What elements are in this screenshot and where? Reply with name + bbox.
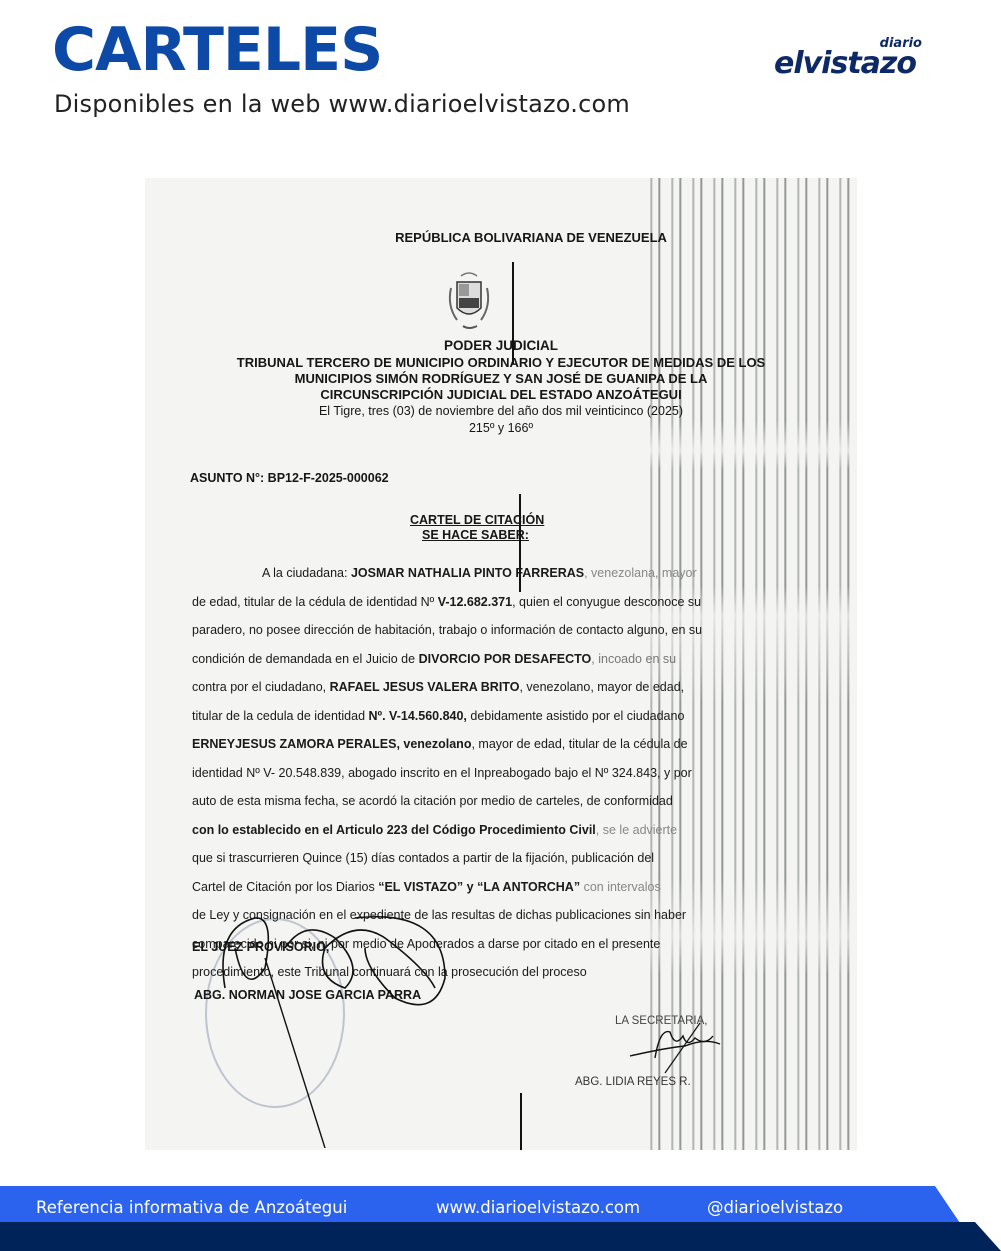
- case-number: ASUNTO N°: BP12-F-2025-000062: [190, 471, 389, 485]
- country-heading: REPÚBLICA BOLIVARIANA DE VENEZUELA: [145, 230, 857, 245]
- footer-website-link[interactable]: www.diarioelvistazo.com: [436, 1198, 640, 1217]
- body-line: que si trascurrieren Quince (15) días co…: [192, 844, 802, 873]
- branch-heading: PODER JUDICIAL: [145, 338, 857, 353]
- footer-base: [0, 1222, 1001, 1251]
- secretary-name: ABG. LIDIA REYES R.: [575, 1076, 691, 1088]
- judge-signature-icon: [205, 908, 465, 1148]
- logo-main-text: elvistazo: [774, 46, 916, 81]
- page-subtitle: Disponibles en la web www.diarioelvistaz…: [54, 90, 630, 118]
- body-line: auto de esta misma fecha, se acordó la c…: [192, 787, 802, 816]
- body-line: identidad Nº V- 20.548.839, abogado insc…: [192, 759, 802, 788]
- coat-of-arms-icon: [443, 268, 495, 334]
- secretary-signature-icon: [625, 1018, 735, 1078]
- body-line: con lo establecido en el Articulo 223 de…: [192, 816, 802, 845]
- notice-title: CARTEL DE CITACIÓN: [155, 513, 857, 527]
- court-line-3: CIRCUNSCRIPCIÓN JUDICIAL DEL ESTADO ANZO…: [145, 387, 857, 402]
- footer-social-handle[interactable]: @diarioelvistazo: [707, 1198, 843, 1217]
- elvistazo-logo: diario elvistazo: [770, 36, 950, 86]
- footer-tagline: Referencia informativa de Anzoátegui: [36, 1198, 347, 1217]
- page-title: CARTELES: [52, 20, 382, 80]
- court-line-2: MUNICIPIOS SIMÓN RODRÍGUEZ Y SAN JOSÉ DE…: [145, 371, 857, 386]
- court-line-1: TRIBUNAL TERCERO DE MUNICIPIO ORDINARIO …: [145, 355, 857, 370]
- body-line: Cartel de Citación por los Diarios “EL V…: [192, 873, 802, 902]
- date-line: El Tigre, tres (03) de noviembre del año…: [145, 404, 857, 418]
- notice-subtitle: SE HACE SABER:: [422, 528, 529, 542]
- body-line: titular de la cedula de identidad Nº. V-…: [192, 702, 802, 731]
- years-line: 215º y 166º: [145, 421, 857, 435]
- body-line: A la ciudadana: JOSMAR NATHALIA PINTO FA…: [192, 559, 802, 588]
- body-line: condición de demandada en el Juicio de D…: [192, 645, 802, 674]
- body-line: paradero, no posee dirección de habitaci…: [192, 616, 802, 645]
- body-line: contra por el ciudadano, RAFAEL JESUS VA…: [192, 673, 802, 702]
- scan-line: [520, 1093, 522, 1150]
- body-line: ERNEYJESUS ZAMORA PERALES, venezolano, m…: [192, 730, 802, 759]
- scanned-document: REPÚBLICA BOLIVARIANA DE VENEZUELA PODER…: [145, 178, 857, 1150]
- body-line: de edad, titular de la cédula de identid…: [192, 588, 802, 617]
